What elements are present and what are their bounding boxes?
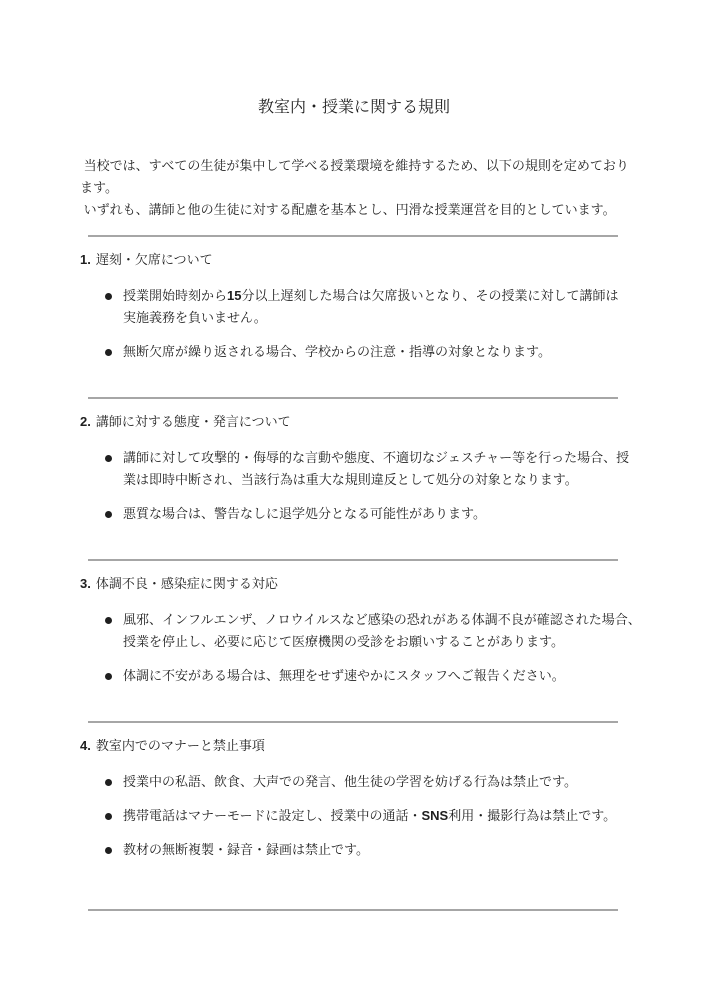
section-title: 体調不良・感染症に関する対応 bbox=[96, 576, 278, 591]
section-title: 講師に対する態度・発言について bbox=[96, 414, 291, 429]
section-number: 4. bbox=[80, 738, 91, 753]
section-divider bbox=[88, 559, 618, 561]
sections-container: 1.遅刻・欠席について授業開始時刻から15分以上遅刻した場合は欠席扱いとなり、そ… bbox=[80, 235, 620, 911]
bullet-text: 風邪、インフルエンザ、ノロウイルスなど感染の恐れがある体調不良が確認された場合、… bbox=[123, 612, 641, 649]
bullet-text: 体調に不安がある場合は、無理をせず速やかにスタッフへご報告ください。 bbox=[123, 668, 565, 683]
bullet-item: 授業開始時刻から15分以上遅刻した場合は欠席扱いとなり、その授業に対して講師は … bbox=[80, 285, 620, 329]
end-divider bbox=[88, 909, 618, 911]
section-heading: 3.体調不良・感染症に関する対応 bbox=[80, 573, 620, 595]
bold-text: 15 bbox=[227, 288, 241, 303]
section-title: 遅刻・欠席について bbox=[96, 252, 213, 267]
bullet-item: 携帯電話はマナーモードに設定し、授業中の通話・SNS利用・撮影行為は禁止です。 bbox=[80, 805, 620, 827]
bullet-item: 無断欠席が繰り返される場合、学校からの注意・指導の対象となります。 bbox=[80, 341, 620, 363]
bullet-item: 教材の無断複製・録音・録画は禁止です。 bbox=[80, 839, 620, 861]
section-divider bbox=[88, 721, 618, 723]
bullet-text: 無断欠席が繰り返される場合、学校からの注意・指導の対象となります。 bbox=[123, 344, 551, 359]
intro-paragraph: 当校では、すべての生徒が集中して学べる授業環境を維持するため、以下の規則を定めて… bbox=[80, 155, 620, 221]
section-divider bbox=[88, 235, 618, 237]
page-title: 教室内・授業に関する規則 bbox=[0, 95, 708, 121]
bullet-item: 風邪、インフルエンザ、ノロウイルスなど感染の恐れがある体調不良が確認された場合、… bbox=[80, 609, 620, 653]
section-heading: 1.遅刻・欠席について bbox=[80, 249, 620, 271]
bullet-text: 授業開始時刻から bbox=[123, 288, 227, 303]
section-number: 3. bbox=[80, 576, 91, 591]
bullet-text: 授業中の私語、飲食、大声での発言、他生徒の学習を妨げる行為は禁止です。 bbox=[123, 774, 577, 789]
bullet-list: 講師に対して攻撃的・侮辱的な言動や態度、不適切なジェスチャー等を行った場合、授 … bbox=[80, 447, 620, 525]
section-divider bbox=[88, 397, 618, 399]
bullet-text: 講師に対して攻撃的・侮辱的な言動や態度、不適切なジェスチャー等を行った場合、授 … bbox=[123, 450, 629, 487]
bold-text: SNS bbox=[421, 808, 448, 823]
section-title: 教室内でのマナーと禁止事項 bbox=[96, 738, 265, 753]
section-number: 1. bbox=[80, 252, 91, 267]
bullet-item: 体調に不安がある場合は、無理をせず速やかにスタッフへご報告ください。 bbox=[80, 665, 620, 687]
section-heading: 2.講師に対する態度・発言について bbox=[80, 411, 620, 433]
bullet-list: 授業中の私語、飲食、大声での発言、他生徒の学習を妨げる行為は禁止です。携帯電話は… bbox=[80, 771, 620, 861]
bullet-text: 教材の無断複製・録音・録画は禁止です。 bbox=[123, 842, 369, 857]
bullet-text: 悪質な場合は、警告なしに退学処分となる可能性があります。 bbox=[123, 506, 486, 521]
bullet-text: 利用・撮影行為は禁止です。 bbox=[448, 808, 616, 823]
bullet-item: 講師に対して攻撃的・侮辱的な言動や態度、不適切なジェスチャー等を行った場合、授 … bbox=[80, 447, 620, 491]
bullet-list: 風邪、インフルエンザ、ノロウイルスなど感染の恐れがある体調不良が確認された場合、… bbox=[80, 609, 620, 687]
bullet-list: 授業開始時刻から15分以上遅刻した場合は欠席扱いとなり、その授業に対して講師は … bbox=[80, 285, 620, 363]
bullet-text: 携帯電話はマナーモードに設定し、授業中の通話・ bbox=[123, 808, 421, 823]
document-page: 教室内・授業に関する規則 当校では、すべての生徒が集中して学べる授業環境を維持す… bbox=[0, 0, 708, 1000]
bullet-item: 授業中の私語、飲食、大声での発言、他生徒の学習を妨げる行為は禁止です。 bbox=[80, 771, 620, 793]
section-heading: 4.教室内でのマナーと禁止事項 bbox=[80, 735, 620, 757]
bullet-item: 悪質な場合は、警告なしに退学処分となる可能性があります。 bbox=[80, 503, 620, 525]
section-number: 2. bbox=[80, 414, 91, 429]
